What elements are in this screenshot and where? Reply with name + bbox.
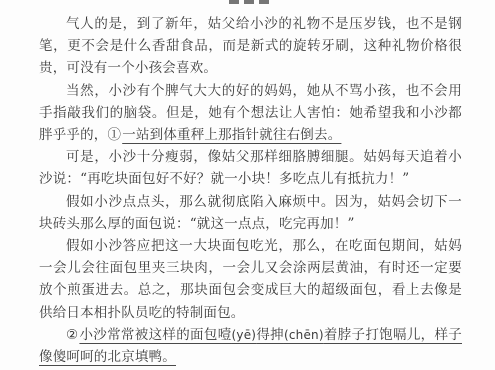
text-segment: 得抻 <box>256 327 284 343</box>
paragraph: 气人的是，到了新年，姑父给小沙的礼物不是压岁钱，也不是钢笔，更不会是什么香甜食品… <box>39 13 462 80</box>
text-segment: 可是，小沙十分瘦弱，像姑父那样细胳膊细腿。姑妈每天追着小沙说：“再吃块面包好不好… <box>39 149 462 187</box>
document-page: 气人的是，到了新年，姑父给小沙的礼物不是压岁钱，也不是钢笔，更不会是什么香甜食品… <box>0 0 495 370</box>
paragraph: ②小沙常常被这样的面包噎(yē)得抻(chēn)着脖子打饱嗝儿，样子像傻呵呵的北… <box>39 324 462 368</box>
pinyin-annotation: (yē) <box>232 328 257 342</box>
text-segment: 假如小沙答应把这一大块面包吃光，那么，在吃面包期间，姑妈一会儿会往面包里夹三块肉… <box>39 238 462 321</box>
text-segment: 一站到体重秤上那指针就往右倒去。 <box>122 127 341 143</box>
pinyin-annotation: (chēn) <box>284 328 324 342</box>
cropped-header-text <box>229 0 269 4</box>
text-segment: 气人的是，到了新年，姑父给小沙的礼物不是压岁钱，也不是钢笔，更不会是什么香甜食品… <box>39 16 462 76</box>
paragraph: 假如小沙点点头，那么就彻底陷入麻烦中。因为，姑妈会切下一块砖头那么厚的面包说：“… <box>39 191 462 235</box>
paragraph: 当然，小沙有个脾气大大的好的妈妈，她从不骂小孩，也不会用手指敲我们的脑袋。但是，… <box>39 80 462 147</box>
text-segment: 小沙常常被这样的面包噎 <box>79 327 231 343</box>
circled-number: ② <box>66 327 79 343</box>
paragraph: 可是，小沙十分瘦弱，像姑父那样细胳膊细腿。姑妈每天追着小沙说：“再吃块面包好不好… <box>39 146 462 190</box>
circled-number: ① <box>108 127 123 143</box>
text-segment: 假如小沙点点头，那么就彻底陷入麻烦中。因为，姑妈会切下一块砖头那么厚的面包说：“… <box>39 194 462 232</box>
paragraph: 假如小沙答应把这一大块面包吃光，那么，在吃面包期间，姑妈一会儿会往面包里夹三块肉… <box>39 235 462 324</box>
reading-passage: 气人的是，到了新年，姑父给小沙的礼物不是压岁钱，也不是钢笔，更不会是什么香甜食品… <box>39 13 462 368</box>
